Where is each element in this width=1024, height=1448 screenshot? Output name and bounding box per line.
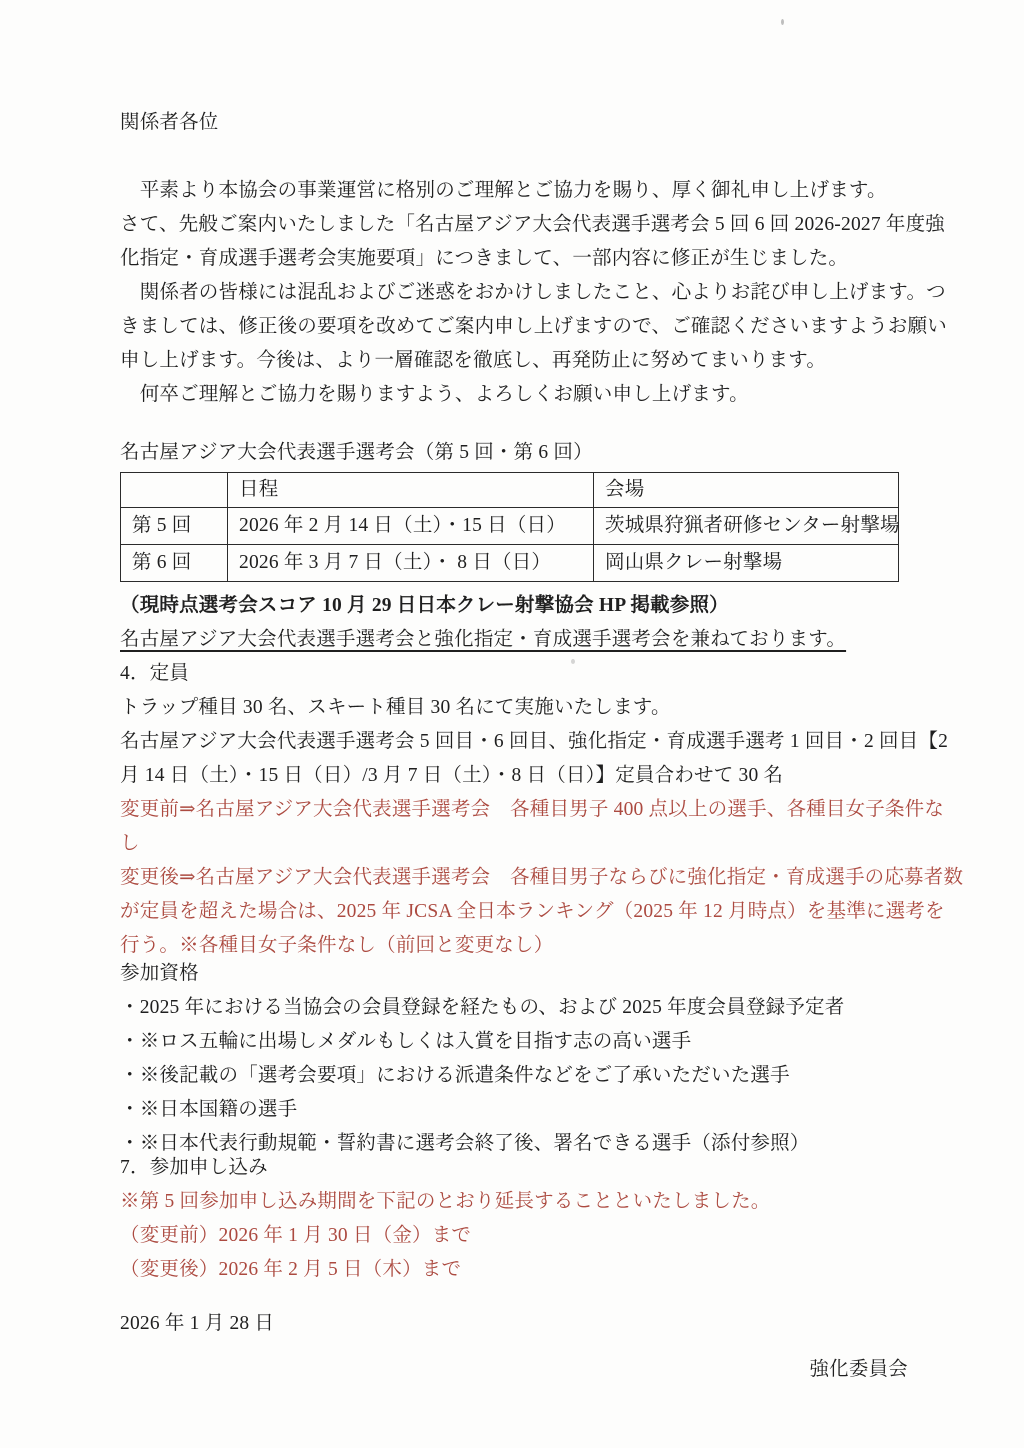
body-line: 平素より本協会の事業運営に格別のご理解とご協力を賜り、厚く御礼申し上げます。 <box>120 174 908 208</box>
cell-venue: 茨城県狩猟者研修センター射撃場 <box>594 508 899 545</box>
eligibility-section: 参加資格 ・2025 年における当協会の会員登録を経たもの、および 2025 年… <box>120 957 908 1161</box>
header-cell-venue: 会場 <box>594 473 899 508</box>
schedule-table-row: 第 6 回 2026 年 3 月 7 日（土）・ 8 日（日） 岡山県クレー射撃… <box>121 545 899 582</box>
combined-selection-note: 名古屋アジア大会代表選手選考会と強化指定・育成選手選考会を兼ねております。 <box>120 623 908 657</box>
extension-note: ※第 5 回参加申し込み期間を下記のとおり延長することといたしました。 <box>120 1185 908 1219</box>
body-line: 化指定・育成選手選考会実施要項」につきまして、一部内容に修正が生じました。 <box>120 242 908 276</box>
capacity-line: 名古屋アジア大会代表選手選考会 5 回目・6 回目、強化指定・育成選手選考 1 … <box>120 725 908 759</box>
body-line: さて、先般ご案内いたしました「名古屋アジア大会代表選手選考会 5 回 6 回 2… <box>120 208 908 242</box>
recipient-line: 関係者各位 <box>120 106 908 140</box>
eligibility-bullet: ・※日本国籍の選手 <box>120 1093 908 1127</box>
selection-meet-title: 名古屋アジア大会代表選手選考会（第 5 回・第 6 回） <box>120 438 908 468</box>
change-before-line: し <box>120 827 908 861</box>
schedule-table-header-row: 日程 会場 <box>121 473 899 508</box>
letter-date: 2026 年 1 月 28 日 <box>120 1307 908 1341</box>
deadline-after: （変更後）2026 年 2 月 5 日（木）まで <box>120 1253 908 1287</box>
schedule-table-row: 第 5 回 2026 年 2 月 14 日（土）・15 日（日） 茨城県狩猟者研… <box>121 508 899 545</box>
scanned-letter-page: 関係者各位 平素より本協会の事業運営に格別のご理解とご協力を賜り、厚く御礼申し上… <box>0 0 1024 1448</box>
header-cell-date: 日程 <box>228 473 594 508</box>
deadline-before: （変更前）2026 年 1 月 30 日（金）まで <box>120 1219 908 1253</box>
change-before-line: 変更前⇒名古屋アジア大会代表選手選考会 各種目男子 400 点以上の選手、各種目… <box>120 793 908 827</box>
body-line: きましては、修正後の要項を改めてご案内申し上げますので、ご確認くださいますようお… <box>120 310 908 344</box>
signature: 強化委員会 <box>120 1353 908 1387</box>
body-line: 何卒ご理解とご協力を賜りますよう、よろしくお願い申し上げます。 <box>120 378 908 412</box>
capacity-heading: 4．定員 <box>120 657 908 691</box>
application-section: 7．参加申し込み ※第 5 回参加申し込み期間を下記のとおり延長することといたし… <box>120 1151 908 1287</box>
scan-artifact-speck <box>781 19 784 25</box>
score-reference-note: （現時点選考会スコア 10 月 29 日日本クレー射撃協会 HP 掲載参照） <box>120 589 908 623</box>
cell-date: 2026 年 2 月 14 日（土）・15 日（日） <box>228 508 594 545</box>
body-line: 申し上げます。今後は、より一層確認を徹底し、再発防止に努めてまいります。 <box>120 344 908 378</box>
change-after-line: が定員を超えた場合は、2025 年 JCSA 全日本ランキング（2025 年 1… <box>120 895 908 929</box>
change-after-line: 変更後⇒名古屋アジア大会代表選手選考会 各種目男子ならびに強化指定・育成選手の応… <box>120 861 908 895</box>
cell-round: 第 6 回 <box>121 545 228 582</box>
letter-content: 関係者各位 平素より本協会の事業運営に格別のご理解とご協力を賜り、厚く御礼申し上… <box>120 106 908 1387</box>
eligibility-bullet: ・※後記載の「選考会要項」における派遣条件などをご了承いただいた選手 <box>120 1059 908 1093</box>
cell-date: 2026 年 3 月 7 日（土）・ 8 日（日） <box>228 545 594 582</box>
capacity-line: トラップ種目 30 名、スキート種目 30 名にて実施いたします。 <box>120 691 908 725</box>
body-line: 関係者の皆様には混乱およびご迷惑をおかけしましたこと、心よりお詫び申し上げます。… <box>120 276 908 310</box>
eligibility-bullet: ・※ロス五輪に出場しメダルもしくは入賞を目指す志の高い選手 <box>120 1025 908 1059</box>
capacity-section: 4．定員 トラップ種目 30 名、スキート種目 30 名にて実施いたします。 名… <box>120 657 908 963</box>
capacity-line: 月 14 日（土）・15 日（日）/3 月 7 日（土）・8 日（日）】定員合わ… <box>120 759 908 793</box>
eligibility-bullet: ・2025 年における当協会の会員登録を経たもの、および 2025 年度会員登録… <box>120 991 908 1025</box>
cell-round: 第 5 回 <box>121 508 228 545</box>
cell-venue: 岡山県クレー射撃場 <box>594 545 899 582</box>
schedule-table: 日程 会場 第 5 回 2026 年 2 月 14 日（土）・15 日（日） 茨… <box>120 472 899 582</box>
greeting-paragraphs: 平素より本協会の事業運営に格別のご理解とご協力を賜り、厚く御礼申し上げます。 さ… <box>120 174 908 412</box>
header-cell-round <box>121 473 228 508</box>
